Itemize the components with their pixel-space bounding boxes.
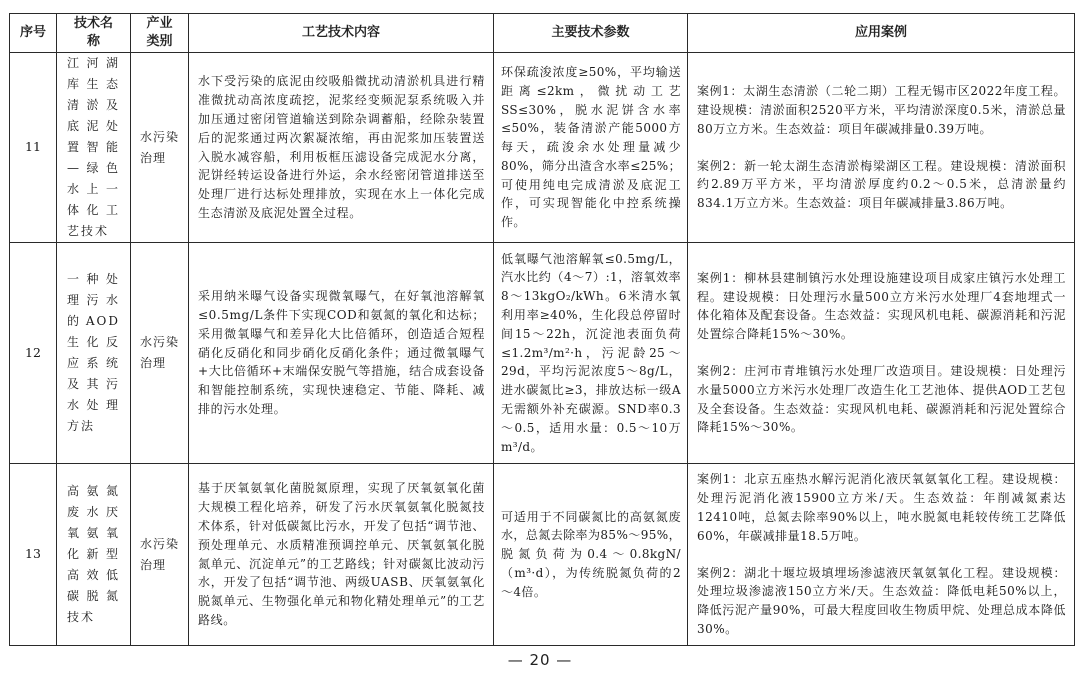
table-row: 11 江河湖库生态清淤及底泥处置智能—绿色水上一体化工艺技术 水污染治理 水下受… xyxy=(10,53,1075,243)
row-index: 11 xyxy=(10,53,57,243)
application-cases: 案例1：太湖生态清淤（二轮二期）工程无锡市区2022年度工程。建设规模：清淤面积… xyxy=(688,53,1075,243)
table-row: 12 一种处理污水的AOD生化反应系统及其污水处理方法 水污染治理 采用纳米曝气… xyxy=(10,243,1075,464)
technology-name: 高氨氮废水厌氧氨氧化新型高效低碳脱氮技术 xyxy=(57,464,131,646)
document-page: 序号 技术名称 产业类别 工艺技术内容 主要技术参数 应用案例 11 江河湖库生… xyxy=(9,13,1074,646)
technical-params: 可适用于不同碳氮比的高氨氮废水，总氮去除率为85%～95%，脱氮负荷为0.4～0… xyxy=(494,464,688,646)
industry-category: 水污染治理 xyxy=(131,464,189,646)
case-item: 案例1：北京五座热水解污泥消化液厌氧氨氧化工程。建设规模：处理污泥消化液1590… xyxy=(697,470,1066,545)
process-content: 水下受污染的底泥由绞吸船微扰动清淤机具进行精准微扰动高浓度疏挖，泥浆经变频泥泵系… xyxy=(189,53,494,243)
process-content: 基于厌氧氨氧化菌脱氮原理，实现了厌氧氨氧化菌大规模工程化培养，研发了污水厌氧氨氧… xyxy=(189,464,494,646)
header-category: 产业类别 xyxy=(131,14,189,53)
case-item: 案例2：庄河市青堆镇污水处理厂改造项目。建设规模：日处理污水量5000立方米污水… xyxy=(697,362,1066,437)
table-header-row: 序号 技术名称 产业类别 工艺技术内容 主要技术参数 应用案例 xyxy=(10,14,1075,53)
industry-category: 水污染治理 xyxy=(131,53,189,243)
row-index: 13 xyxy=(10,464,57,646)
technical-params: 环保疏浚浓度≥50%，平均输送距离≤2km，微扰动工艺SS≤30%，脱水泥饼含水… xyxy=(494,53,688,243)
page-number: — 20 — xyxy=(0,651,1080,669)
technology-name: 江河湖库生态清淤及底泥处置智能—绿色水上一体化工艺技术 xyxy=(57,53,131,243)
application-cases: 案例1：北京五座热水解污泥消化液厌氧氨氧化工程。建设规模：处理污泥消化液1590… xyxy=(688,464,1075,646)
case-item: 案例2：新一轮太湖生态清淤梅梁湖区工程。建设规模：清淤面积约2.89万平方米，平… xyxy=(697,157,1066,213)
header-name: 技术名称 xyxy=(57,14,131,53)
industry-category: 水污染治理 xyxy=(131,243,189,464)
technology-table: 序号 技术名称 产业类别 工艺技术内容 主要技术参数 应用案例 11 江河湖库生… xyxy=(9,13,1075,646)
technical-params: 低氧曝气池溶解氧≤0.5mg/L，汽水比约（4～7）:1，溶氧效率8～13kgO… xyxy=(494,243,688,464)
table-row: 13 高氨氮废水厌氧氨氧化新型高效低碳脱氮技术 水污染治理 基于厌氧氨氧化菌脱氮… xyxy=(10,464,1075,646)
case-item: 案例2：湖北十堰垃圾填埋场渗滤液厌氧氨氧化工程。建设规模：处理垃圾渗滤液150立… xyxy=(697,564,1066,639)
technology-name: 一种处理污水的AOD生化反应系统及其污水处理方法 xyxy=(57,243,131,464)
case-item: 案例1：柳林县建制镇污水处理设施建设项目成家庄镇污水处理工程。建设规模：日处理污… xyxy=(697,269,1066,344)
row-index: 12 xyxy=(10,243,57,464)
case-item: 案例1：太湖生态清淤（二轮二期）工程无锡市区2022年度工程。建设规模：清淤面积… xyxy=(697,82,1066,138)
header-params: 主要技术参数 xyxy=(494,14,688,53)
header-content: 工艺技术内容 xyxy=(189,14,494,53)
header-cases: 应用案例 xyxy=(688,14,1075,53)
application-cases: 案例1：柳林县建制镇污水处理设施建设项目成家庄镇污水处理工程。建设规模：日处理污… xyxy=(688,243,1075,464)
header-index: 序号 xyxy=(10,14,57,53)
process-content: 采用纳米曝气设备实现微氧曝气，在好氧池溶解氧≤0.5mg/L条件下实现COD和氨… xyxy=(189,243,494,464)
